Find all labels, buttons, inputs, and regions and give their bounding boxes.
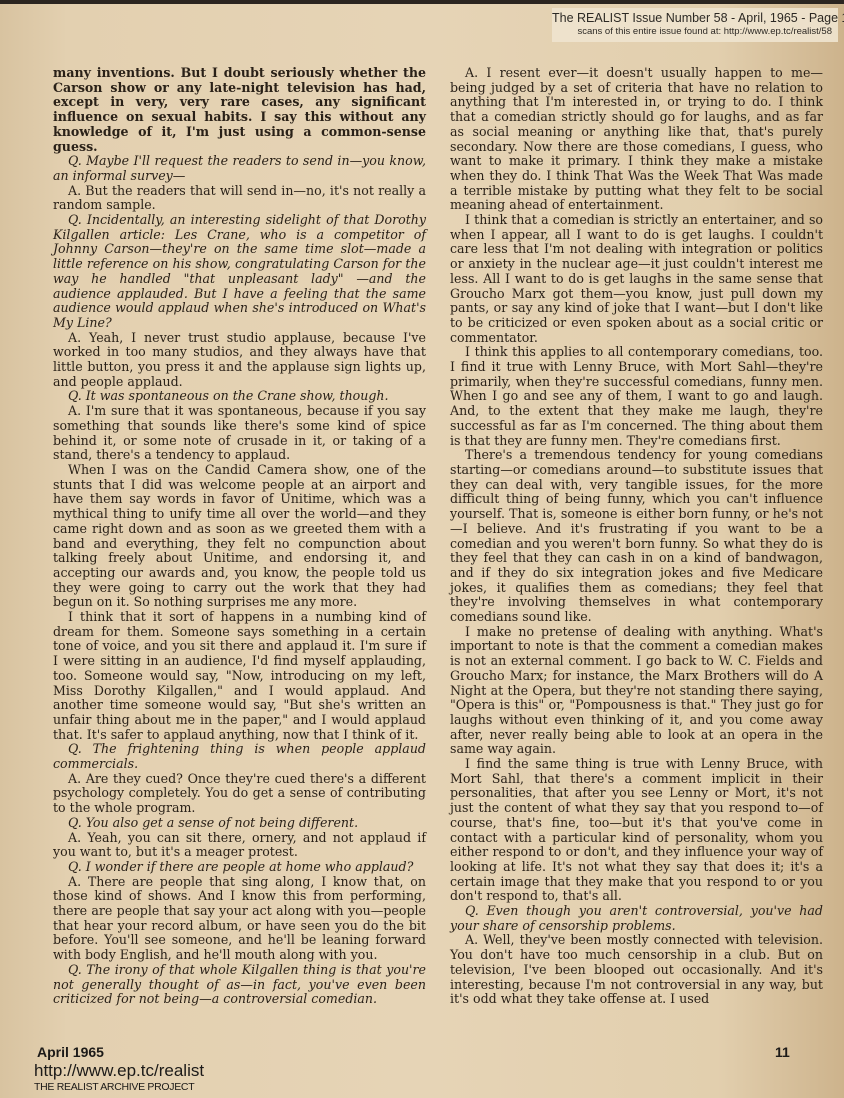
- question: Q. It was spontaneous on the Crane show,…: [53, 389, 426, 404]
- archive-project-label: THE REALIST ARCHIVE PROJECT: [34, 1081, 194, 1093]
- left-column: many inventions. But I doubt seriously w…: [53, 66, 426, 1007]
- question: Q. The frightening thing is when people …: [53, 742, 426, 771]
- paragraph: I think this applies to all contemporary…: [450, 345, 823, 448]
- paragraph: many inventions. But I doubt seriously w…: [53, 66, 426, 154]
- paragraph: There's a tremendous tendency for young …: [450, 448, 823, 624]
- answer: A. Yeah, I never trust studio applause, …: [53, 331, 426, 390]
- question: Q. I wonder if there are people at home …: [53, 860, 426, 875]
- right-column: A. I resent ever—it doesn't usually happ…: [450, 66, 823, 1007]
- answer: A. I resent ever—it doesn't usually happ…: [450, 66, 823, 213]
- question: Q. Incidentally, an interesting sideligh…: [53, 213, 426, 331]
- paragraph: When I was on the Candid Camera show, on…: [53, 463, 426, 610]
- top-border: [0, 0, 844, 4]
- question: Q. The irony of that whole Kilgallen thi…: [53, 963, 426, 1007]
- archive-url-link[interactable]: http://www.ep.tc/realist: [34, 1061, 204, 1081]
- page-number: 11: [775, 1044, 790, 1060]
- answer: A. Yeah, you can sit there, ornery, and …: [53, 831, 426, 860]
- scan-source-link[interactable]: scans of this entire issue found at: htt…: [552, 26, 832, 38]
- question: Q. You also get a sense of not being dif…: [53, 816, 426, 831]
- answer: A. I'm sure that it was spontaneous, bec…: [53, 404, 426, 463]
- paragraph: I think that it sort of happens in a num…: [53, 610, 426, 742]
- paragraph: I find the same thing is true with Lenny…: [450, 757, 823, 904]
- answer: A. But the readers that will send in—no,…: [53, 184, 426, 213]
- scan-info-box: The REALIST Issue Number 58 - April, 196…: [552, 8, 838, 42]
- question: Q. Even though you aren't controversial,…: [450, 904, 823, 933]
- answer: A. There are people that sing along, I k…: [53, 875, 426, 963]
- answer: A. Are they cued? Once they're cued ther…: [53, 772, 426, 816]
- footer-date: April 1965: [37, 1044, 104, 1060]
- paragraph: I make no pretense of dealing with anyth…: [450, 625, 823, 757]
- answer: A. Well, they've been mostly connected w…: [450, 933, 823, 1007]
- question: Q. Maybe I'll request the readers to sen…: [53, 154, 426, 183]
- scan-title: The REALIST Issue Number 58 - April, 196…: [552, 11, 832, 26]
- paragraph: I think that a comedian is strictly an e…: [450, 213, 823, 345]
